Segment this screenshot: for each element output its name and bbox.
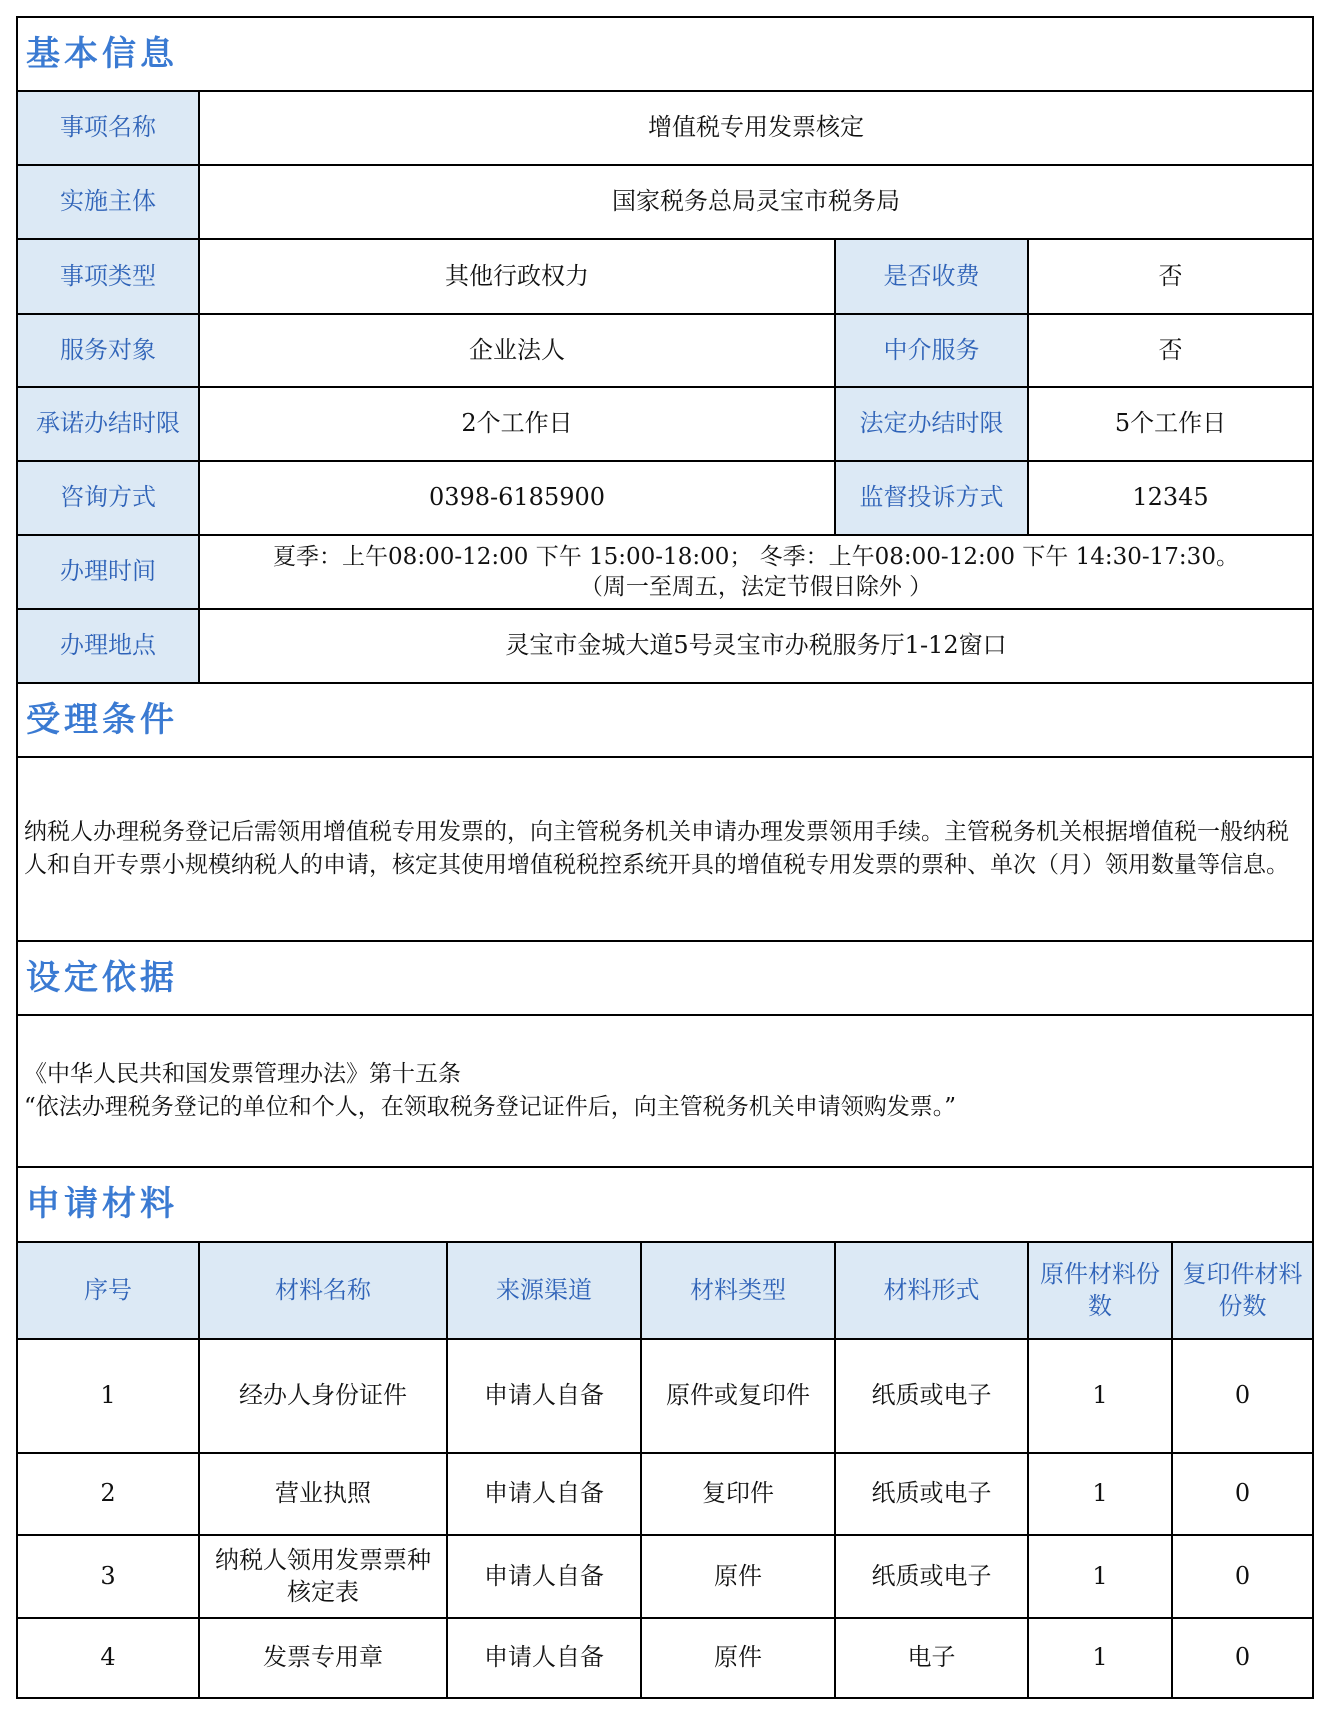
value-legal-time: 5个工作日 bbox=[1027, 386, 1314, 462]
value-service-target: 企业法人 bbox=[198, 313, 836, 388]
value-hours: 夏季：上午08:00-12:00 下午 15:00-18:00； 冬季：上午08… bbox=[198, 534, 1314, 610]
table-row-2-name: 营业执照 bbox=[198, 1452, 448, 1536]
label-item-type: 事项类型 bbox=[16, 238, 200, 315]
value-implementing-body: 国家税务总局灵宝市税务局 bbox=[198, 164, 1314, 240]
section-title-acceptance: 受理条件 bbox=[16, 682, 1314, 758]
value-promised-time: 2个工作日 bbox=[198, 386, 836, 462]
table-row-4-copy-count: 0 bbox=[1171, 1617, 1314, 1699]
legal-basis-text: 《中华人民共和国发票管理办法》第十五条 “依法办理税务登记的单位和个人，在领取税… bbox=[16, 1014, 1314, 1168]
hours-line-2: （周一至周五，法定节假日除外 ） bbox=[580, 572, 932, 602]
value-intermediary: 否 bbox=[1027, 313, 1314, 388]
table-row-3-name: 纳税人领用发票票种核定表 bbox=[198, 1534, 448, 1619]
label-location: 办理地点 bbox=[16, 608, 200, 684]
table-row-3-index: 3 bbox=[16, 1534, 200, 1619]
materials-header-source: 来源渠道 bbox=[446, 1241, 642, 1340]
table-row-1-index: 1 bbox=[16, 1338, 200, 1454]
materials-header-index: 序号 bbox=[16, 1241, 200, 1340]
label-hours: 办理时间 bbox=[16, 534, 200, 610]
value-location: 灵宝市金城大道5号灵宝市办税服务厅1-12窗口 bbox=[198, 608, 1314, 684]
table-row-2-copy-count: 0 bbox=[1171, 1452, 1314, 1536]
table-row-4-type: 原件 bbox=[640, 1617, 836, 1699]
table-row-4-name: 发票专用章 bbox=[198, 1617, 448, 1699]
table-row-2-source: 申请人自备 bbox=[446, 1452, 642, 1536]
value-item-name: 增值税专用发票核定 bbox=[198, 90, 1314, 166]
label-fee: 是否收费 bbox=[834, 238, 1029, 315]
label-consult: 咨询方式 bbox=[16, 460, 200, 536]
legal-basis-line-2: “依法办理税务登记的单位和个人，在领取税务登记证件后，向主管税务机关申请领购发票… bbox=[24, 1091, 956, 1124]
table-row-4-form: 电子 bbox=[834, 1617, 1029, 1699]
table-row-4-original-count: 1 bbox=[1027, 1617, 1173, 1699]
table-row-1-source: 申请人自备 bbox=[446, 1338, 642, 1454]
table-row-1-type: 原件或复印件 bbox=[640, 1338, 836, 1454]
value-fee: 否 bbox=[1027, 238, 1314, 315]
table-row-2-index: 2 bbox=[16, 1452, 200, 1536]
section-title-basis: 设定依据 bbox=[16, 940, 1314, 1016]
table-row-1-form: 纸质或电子 bbox=[834, 1338, 1029, 1454]
table-row-3-source: 申请人自备 bbox=[446, 1534, 642, 1619]
label-legal-time: 法定办结时限 bbox=[834, 386, 1029, 462]
label-complaint: 监督投诉方式 bbox=[834, 460, 1029, 536]
label-promised-time: 承诺办结时限 bbox=[16, 386, 200, 462]
hours-line-1: 夏季：上午08:00-12:00 下午 15:00-18:00； 冬季：上午08… bbox=[273, 542, 1239, 572]
table-row-2-type: 复印件 bbox=[640, 1452, 836, 1536]
table-row-3-copy-count: 0 bbox=[1171, 1534, 1314, 1619]
table-row-4-source: 申请人自备 bbox=[446, 1617, 642, 1699]
label-intermediary: 中介服务 bbox=[834, 313, 1029, 388]
materials-header-copy-count: 复印件材料份数 bbox=[1171, 1241, 1314, 1340]
section-title-materials: 申请材料 bbox=[16, 1166, 1314, 1243]
materials-header-name: 材料名称 bbox=[198, 1241, 448, 1340]
materials-header-original-count: 原件材料份数 bbox=[1027, 1241, 1173, 1340]
table-row-4-index: 4 bbox=[16, 1617, 200, 1699]
table-row-3-original-count: 1 bbox=[1027, 1534, 1173, 1619]
label-item-name: 事项名称 bbox=[16, 90, 200, 166]
table-row-3-form: 纸质或电子 bbox=[834, 1534, 1029, 1619]
label-service-target: 服务对象 bbox=[16, 313, 200, 388]
section-title-basic-info: 基本信息 bbox=[16, 16, 1314, 92]
value-consult-phone: 0398-6185900 bbox=[198, 460, 836, 536]
table-row-1-copy-count: 0 bbox=[1171, 1338, 1314, 1454]
table-row-2-original-count: 1 bbox=[1027, 1452, 1173, 1536]
table-row-2-form: 纸质或电子 bbox=[834, 1452, 1029, 1536]
materials-header-type: 材料类型 bbox=[640, 1241, 836, 1340]
value-complaint-phone: 12345 bbox=[1027, 460, 1314, 536]
legal-basis-line-1: 《中华人民共和国发票管理办法》第十五条 bbox=[24, 1058, 461, 1091]
value-item-type: 其他行政权力 bbox=[198, 238, 836, 315]
label-implementing-body: 实施主体 bbox=[16, 164, 200, 240]
table-row-3-type: 原件 bbox=[640, 1534, 836, 1619]
table-row-1-name: 经办人身份证件 bbox=[198, 1338, 448, 1454]
table-row-1-original-count: 1 bbox=[1027, 1338, 1173, 1454]
acceptance-conditions-text: 纳税人办理税务登记后需领用增值税专用发票的，向主管税务机关申请办理发票领用手续。… bbox=[16, 756, 1314, 942]
materials-header-form: 材料形式 bbox=[834, 1241, 1029, 1340]
